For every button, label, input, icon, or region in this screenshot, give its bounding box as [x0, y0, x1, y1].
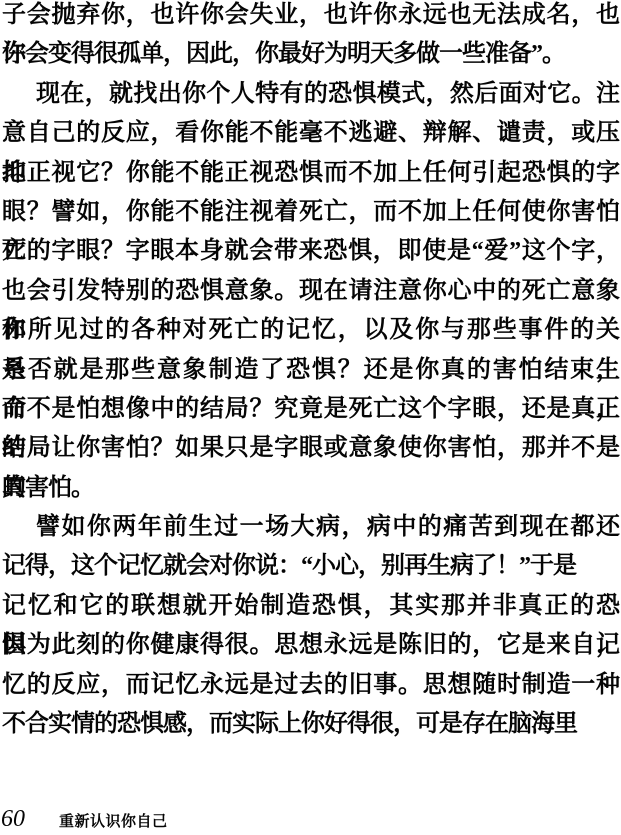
body-text: 子会抛弃你，也许你会失业，也许你永远也无法成名，也许 你会变得很孤单，因此，你最… [2, 0, 620, 744]
text-line: 亡的字眼？字眼本身就会带来恐惧，即使是“爱”这个字， [2, 232, 620, 271]
text-line: 记忆和它的联想就开始制造恐惧，其实那并非真正的恐惧， [2, 587, 620, 626]
book-title: 重新认识你自己 [59, 810, 168, 831]
text-line: 忆的反应，而记忆永远是过去的旧事。思想随时制造一种 [2, 666, 620, 705]
text-line: 你所见过的各种对死亡的记忆，以及你与那些事件的关系， [2, 311, 620, 350]
text-line-paragraph-start: 譬如你两年前生过一场大病，病中的痛苦到现在都还 [2, 508, 620, 547]
text-line: 意自己的反应，看你能不能毫不逃避、辩解、谴责，或压抑 [2, 114, 620, 153]
text-line: 是否就是那些意象制造了恐惧？还是你真的害怕结束生命， [2, 351, 620, 390]
text-line: 记得，这个记忆就会对你说：“小心，别再生病了！”于是 [2, 547, 620, 586]
page-footer: 60 重新认识你自己 [1, 806, 168, 834]
text-line-paragraph-end: 的害怕。 [2, 469, 620, 508]
text-line: 你会变得很孤单，因此，你最好为明天多做一些准备”。 [2, 35, 620, 74]
text-line: 眼？譬如，你能不能注视着死亡，而不加上任何使你害怕死 [2, 193, 620, 232]
text-line: 结局让你害怕？如果只是字眼或意象使你害怕，那并不是真 [2, 429, 620, 468]
text-line: 子会抛弃你，也许你会失业，也许你永远也无法成名，也许 [2, 0, 620, 35]
text-line: 因为此刻的你健康得很。思想永远是陈旧的，它是来自记 [2, 626, 620, 665]
text-line: 不合实情的恐惧感，而实际上你好得很，可是存在脑海里 [2, 705, 620, 744]
text-line: 地正视它？你能不能正视恐惧而不加上任何引起恐惧的字 [2, 154, 620, 193]
text-line: 而不是怕想像中的结局？究竟是死亡这个字眼，还是真正的 [2, 390, 620, 429]
text-line-paragraph-start: 现在，就找出你个人特有的恐惧模式，然后面对它。注 [2, 75, 620, 114]
page-number: 60 [1, 806, 25, 833]
book-page: 子会抛弃你，也许你会失业，也许你永远也无法成名，也许 你会变得很孤单，因此，你最… [0, 0, 621, 835]
text-line: 也会引发特别的恐惧意象。现在请注意你心中的死亡意象和 [2, 272, 620, 311]
